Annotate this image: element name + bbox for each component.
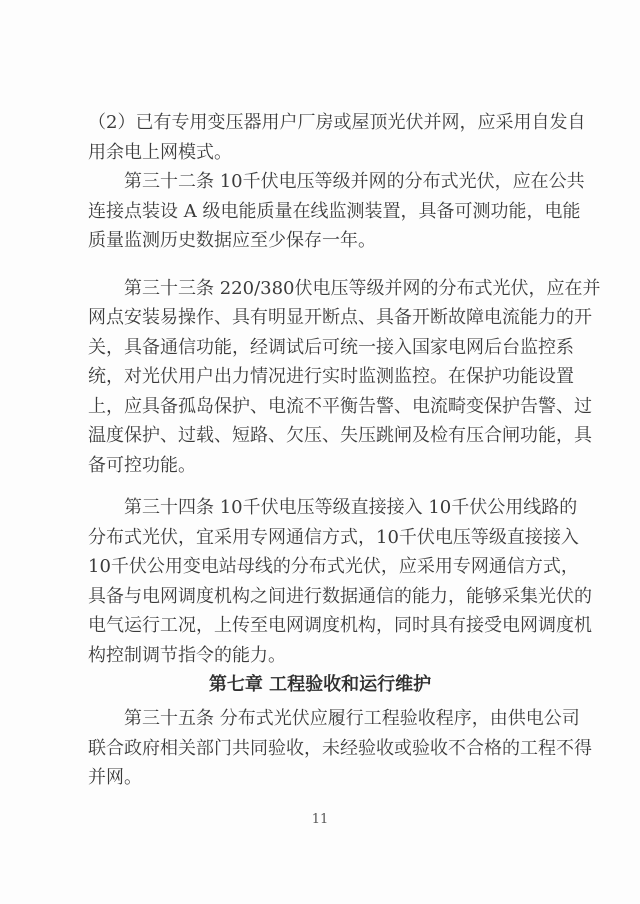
text-line: 连接点装设 A 级电能质量在线监测装置，具备可测功能，电能 (88, 200, 554, 224)
text-line: 备可控功能。 (88, 454, 554, 478)
text-line: 并网。 (88, 766, 554, 790)
text-line: 温度保护、过载、短路、欠压、失压跳闸及检有压合闸功能，具 (88, 424, 554, 448)
text-line: 分布式光伏，宜采用专网通信方式，10千伏电压等级直接接入 (88, 526, 554, 550)
article-32-start: 第三十二条 10千伏电压等级并网的分布式光伏，应在公共 (124, 170, 554, 194)
text-line: 构控制调节指令的能力。 (88, 644, 554, 668)
chapter-heading: 第七章 工程验收和运行维护 (0, 673, 640, 697)
text-line: 质量监测历史数据应至少保存一年。 (88, 229, 554, 253)
text-line: 统，对光伏用户出力情况进行实时监测监控。在保护功能设置 (88, 365, 554, 389)
text-line: 联合政府相关部门共同验收，未经验收或验收不合格的工程不得 (88, 737, 554, 761)
document-page: （2）已有专用变压器用户厂房或屋顶光伏并网，应采用自发自 用余电上网模式。 第三… (0, 0, 640, 904)
article-34-start: 第三十四条 10千伏电压等级直接接入 10千伏公用线路的 (124, 496, 554, 520)
text-line: 10千伏公用变电站母线的分布式光伏，应采用专网通信方式， (88, 555, 554, 579)
text-line: 网点安装易操作、具有明显开断点、具备开断故障电流能力的开 (88, 306, 554, 330)
text-line: 电气运行工况，上传至电网调度机构，同时具有接受电网调度机 (88, 614, 554, 638)
page-number: 11 (0, 812, 640, 827)
text-line: （2）已有专用变压器用户厂房或屋顶光伏并网，应采用自发自 (88, 111, 554, 135)
text-line: 关，具备通信功能，经调试后可统一接入国家电网后台监控系 (88, 336, 554, 360)
article-35-start: 第三十五条 分布式光伏应履行工程验收程序，由供电公司 (124, 707, 554, 731)
text-line: 具备与电网调度机构之间进行数据通信的能力，能够采集光伏的 (88, 585, 554, 609)
text-line: 用余电上网模式。 (88, 141, 554, 165)
article-33-start: 第三十三条 220/380伏电压等级并网的分布式光伏，应在并 (124, 277, 554, 301)
text-line: 上，应具备孤岛保护、电流不平衡告警、电流畸变保护告警、过 (88, 395, 554, 419)
